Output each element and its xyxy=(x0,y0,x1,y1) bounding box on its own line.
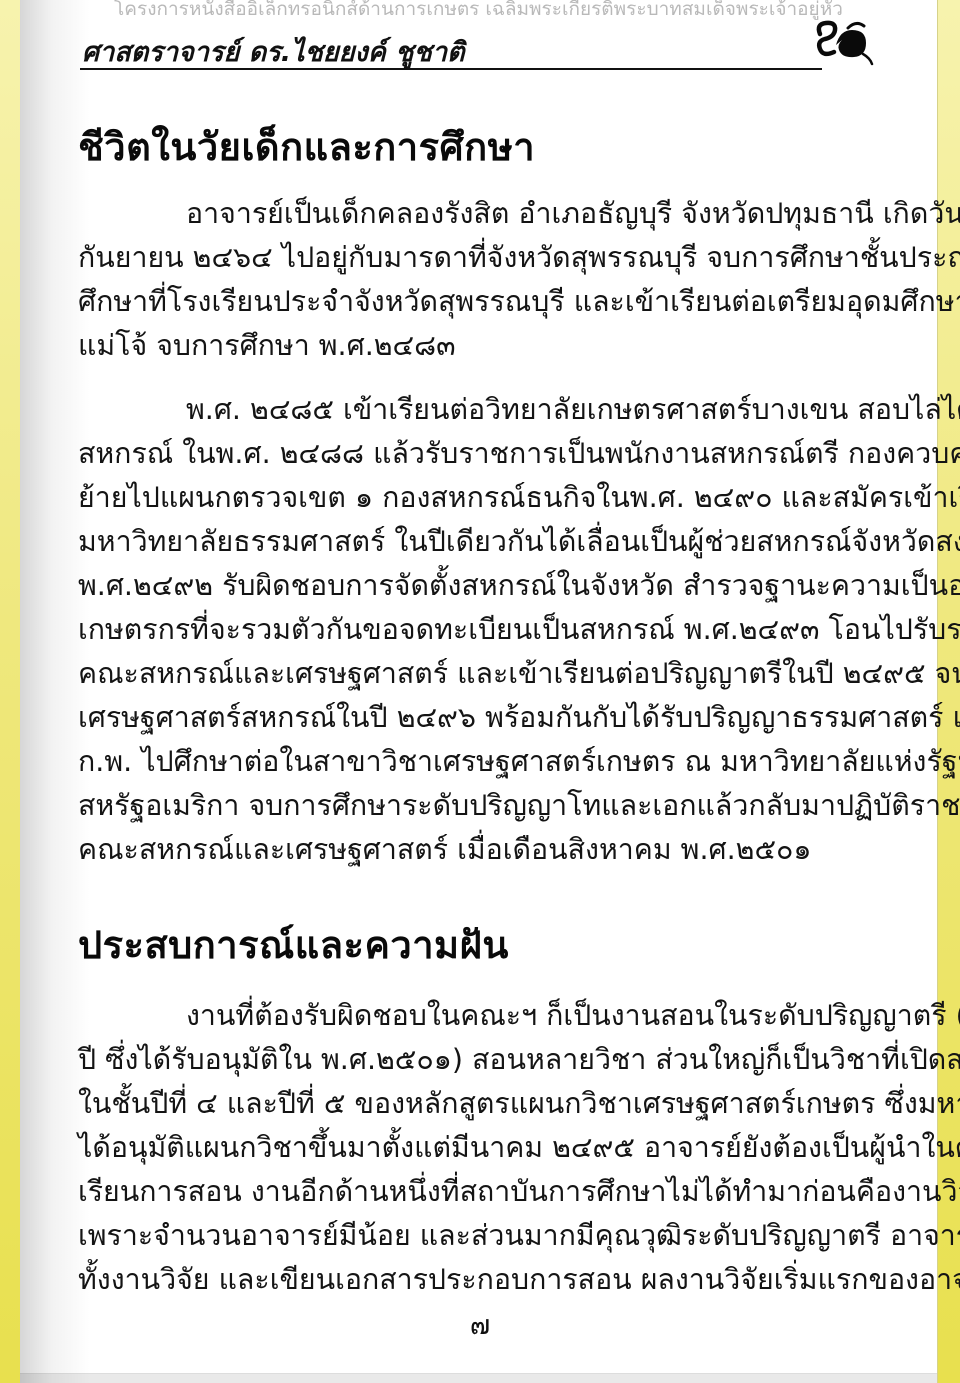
body-line: เกษตรกรที่จะรวมตัวกันขอจดทะเบียนเป็นสหกร… xyxy=(78,608,882,652)
body-line: คณะสหกรณ์และเศรษฐศาสตร์ เมื่อเดือนสิงหาค… xyxy=(78,828,882,872)
body-line: แม่โจ้ จบการศึกษา พ.ศ.๒๔๘๓ xyxy=(78,324,882,368)
body-line: เพราะจำนวนอาจารย์มีน้อย และส่วนมากมีคุณว… xyxy=(78,1214,882,1258)
body-line: ศึกษาที่โรงเรียนประจำจังหวัดสุพรรณบุรี แ… xyxy=(78,280,882,324)
book-page-screenshot: { "colors": { "background_yellow_top": "… xyxy=(0,0,960,1383)
section-heading-experience-dreams: ประสบการณ์และความฝัน xyxy=(78,914,509,975)
body-line: พ.ศ. ๒๔๘๕ เข้าเรียนต่อวิทยาลัยเกษตรศาสตร… xyxy=(78,388,882,432)
document-page: โครงการหนังสืออิเล็กทรอนิกส์ด้านการเกษตร… xyxy=(20,0,938,1383)
body-line: เรียนการสอน งานอีกด้านหนึ่งที่สถาบันการศ… xyxy=(78,1170,882,1214)
body-line: กันยายน ๒๔๖๔ ไปอยู่กับมารดาที่จังหวัดสุพ… xyxy=(78,236,882,280)
body-line: ทั้งงานวิจัย และเขียนเอกสารประกอบการสอน … xyxy=(78,1258,882,1302)
body-line: สหกรณ์ ในพ.ศ. ๒๔๘๘ แล้วรับราชการเป็นพนัก… xyxy=(78,432,882,476)
project-watermark-text: โครงการหนังสืออิเล็กทรอนิกส์ด้านการเกษตร… xyxy=(20,0,937,24)
calligraphic-flourish-icon xyxy=(808,18,874,68)
paragraph-2: พ.ศ. ๒๔๘๕ เข้าเรียนต่อวิทยาลัยเกษตรศาสตร… xyxy=(78,388,882,872)
body-line: ได้อนุมัติแผนกวิชาขึ้นมาตั้งแต่มีนาคม ๒๔… xyxy=(78,1126,882,1170)
body-line: พ.ศ.๒๔๙๒ รับผิดชอบการจัดตั้งสหกรณ์ในจังห… xyxy=(78,564,882,608)
body-line: อาจารย์เป็นเด็กคลองรังสิต อำเภอธัญบุรี จ… xyxy=(78,192,882,236)
body-line: คณะสหกรณ์และเศรษฐศาสตร์ และเข้าเรียนต่อป… xyxy=(78,652,882,696)
paragraph-3: งานที่ต้องรับผิดชอบในคณะฯ ก็เป็นงานสอนใน… xyxy=(78,994,882,1302)
body-line: มหาวิทยาลัยธรรมศาสตร์ ในปีเดียวกันได้เลื… xyxy=(78,520,882,564)
paragraph-1: อาจารย์เป็นเด็กคลองรังสิต อำเภอธัญบุรี จ… xyxy=(78,192,882,368)
body-line: ก.พ. ไปศึกษาต่อในสาขาวิชาเศรษฐศาสตร์เกษต… xyxy=(78,740,882,784)
body-line: ย้ายไปแผนกตรวจเขต ๑ กองสหกรณ์ธนกิจในพ.ศ.… xyxy=(78,476,882,520)
page-bottom-edge xyxy=(20,1373,937,1383)
author-header: ศาสตราจารย์ ดร.ไชยยงค์ ชูชาติ xyxy=(82,30,465,73)
body-line: สหรัฐอเมริกา จบการศึกษาระดับปริญญาโทและเ… xyxy=(78,784,882,828)
body-line: ในชั้นปีที่ ๔ และปีที่ ๕ ของหลักสูตรแผนก… xyxy=(78,1082,882,1126)
body-line: ปี ซึ่งได้รับอนุมัติใน พ.ศ.๒๕๐๑) สอนหลาย… xyxy=(78,1038,882,1082)
header-rule xyxy=(80,68,822,70)
body-line: เศรษฐศาสตร์สหกรณ์ในปี ๒๔๙๖ พร้อมกันกับได… xyxy=(78,696,882,740)
body-line: งานที่ต้องรับผิดชอบในคณะฯ ก็เป็นงานสอนใน… xyxy=(78,994,882,1038)
page-number: ๗ xyxy=(78,1303,882,1346)
section-heading-childhood-education: ชีวิตในวัยเด็กและการศึกษา xyxy=(78,116,535,177)
